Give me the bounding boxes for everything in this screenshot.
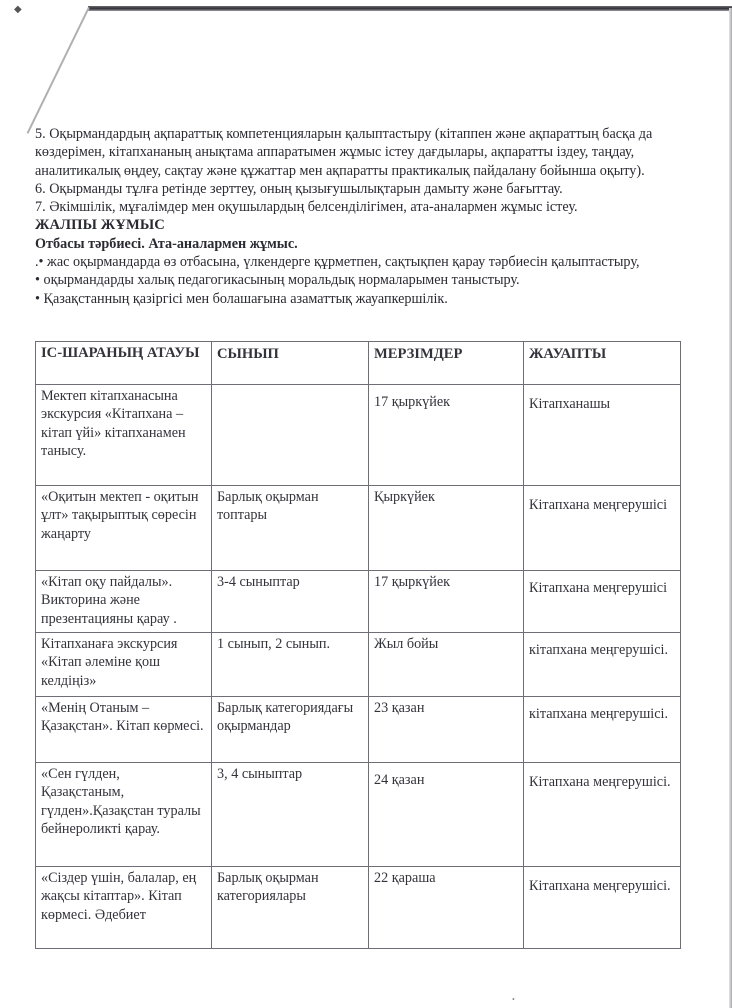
header-event-name: ІС-ШАРАНЫҢ АТАУЫ [36, 342, 212, 385]
section-heading: ЖАЛПЫ ЖҰМЫС [35, 216, 695, 234]
header-dates: МЕРЗІМДЕР [369, 342, 524, 385]
scan-speck: ◆ [14, 4, 22, 15]
cell-class: Барлық оқырман категориялары [212, 867, 369, 949]
cell-class: Барлық оқырман топтары [212, 486, 369, 571]
bullet-item: .• жас оқырмандарда өз отбасына, үлкенде… [35, 253, 695, 271]
cell-class: 1 сынып, 2 сынып. [212, 633, 369, 697]
table-header-row: ІС-ШАРАНЫҢ АТАУЫ СЫНЫП МЕРЗІМДЕР ЖАУАПТЫ [36, 342, 681, 385]
cell-date: 17 қыркүйек [369, 385, 524, 486]
cell-date: 22 қараша [369, 867, 524, 949]
cell-responsible: кітапхана меңгерушісі. [524, 697, 681, 763]
table-row: «Менің Отаным – Қазақстан». Кітап көрмес… [36, 697, 681, 763]
cell-responsible: Кітапхана меңгерушісі. [524, 867, 681, 949]
table-row: «Оқитын мектеп - оқитын ұлт» тақырыптық … [36, 486, 681, 571]
cell-event: «Оқитын мектеп - оқитын ұлт» тақырыптық … [36, 486, 212, 571]
scan-speck: • [512, 995, 515, 1004]
cell-class [212, 385, 369, 486]
table-row: «Сіздер үшін, балалар, ең жақсы кітаптар… [36, 867, 681, 949]
scan-top-edge [88, 6, 732, 11]
bullet-item: • оқырмандарды халық педагогикасының мор… [35, 271, 695, 289]
header-responsible: ЖАУАПТЫ [524, 342, 681, 385]
cell-class: 3-4 сыныптар [212, 571, 369, 633]
cell-class: Барлық категориядағы оқырмандар [212, 697, 369, 763]
cell-event: Кітапханаға экскурсия «Кітап әлеміне қош… [36, 633, 212, 697]
table-row: Кітапханаға экскурсия «Кітап әлеміне қош… [36, 633, 681, 697]
cell-date: 17 қыркүйек [369, 571, 524, 633]
events-table: ІС-ШАРАНЫҢ АТАУЫ СЫНЫП МЕРЗІМДЕР ЖАУАПТЫ… [35, 341, 681, 949]
cell-event: «Сіздер үшін, балалар, ең жақсы кітаптар… [36, 867, 212, 949]
intro-item-6: 6. Оқырманды тұлға ретінде зерттеу, оның… [35, 180, 695, 198]
cell-date: Жыл бойы [369, 633, 524, 697]
cell-responsible: Кітапханашы [524, 385, 681, 486]
cell-responsible: кітапхана меңгерушісі. [524, 633, 681, 697]
intro-item-5: 5. Оқырмандардың ақпараттық компетенциял… [35, 125, 695, 180]
cell-date: 23 қазан [369, 697, 524, 763]
table-row: Мектеп кітапханасына экскурсия «Кітапхан… [36, 385, 681, 486]
table-row: «Сен гүлден, Қазақстаным, гүлден».Қазақс… [36, 763, 681, 867]
sub-heading: Отбасы тәрбиесі. Ата-аналармен жұмыс. [35, 235, 695, 253]
cell-event: «Кітап оқу пайдалы». Викторина және през… [36, 571, 212, 633]
cell-event: «Менің Отаным – Қазақстан». Кітап көрмес… [36, 697, 212, 763]
cell-event: Мектеп кітапханасына экскурсия «Кітапхан… [36, 385, 212, 486]
cell-responsible: Кітапхана меңгерушісі [524, 571, 681, 633]
cell-class: 3, 4 сыныптар [212, 763, 369, 867]
cell-date: Қыркүйек [369, 486, 524, 571]
intro-item-7: 7. Әкімшілік, мұғалімдер мен оқушылардың… [35, 198, 695, 216]
table-row: «Кітап оқу пайдалы». Викторина және през… [36, 571, 681, 633]
cell-responsible: Кітапхана меңгерушісі [524, 486, 681, 571]
document-body: 5. Оқырмандардың ақпараттық компетенциял… [35, 125, 695, 308]
header-class: СЫНЫП [212, 342, 369, 385]
bullet-item: • Қазақстанның қазіргісі мен болашағына … [35, 290, 695, 308]
cell-date: 24 қазан [369, 763, 524, 867]
scan-fold-line [27, 7, 90, 134]
cell-event: «Сен гүлден, Қазақстаным, гүлден».Қазақс… [36, 763, 212, 867]
cell-responsible: Кітапхана меңгерушісі. [524, 763, 681, 867]
